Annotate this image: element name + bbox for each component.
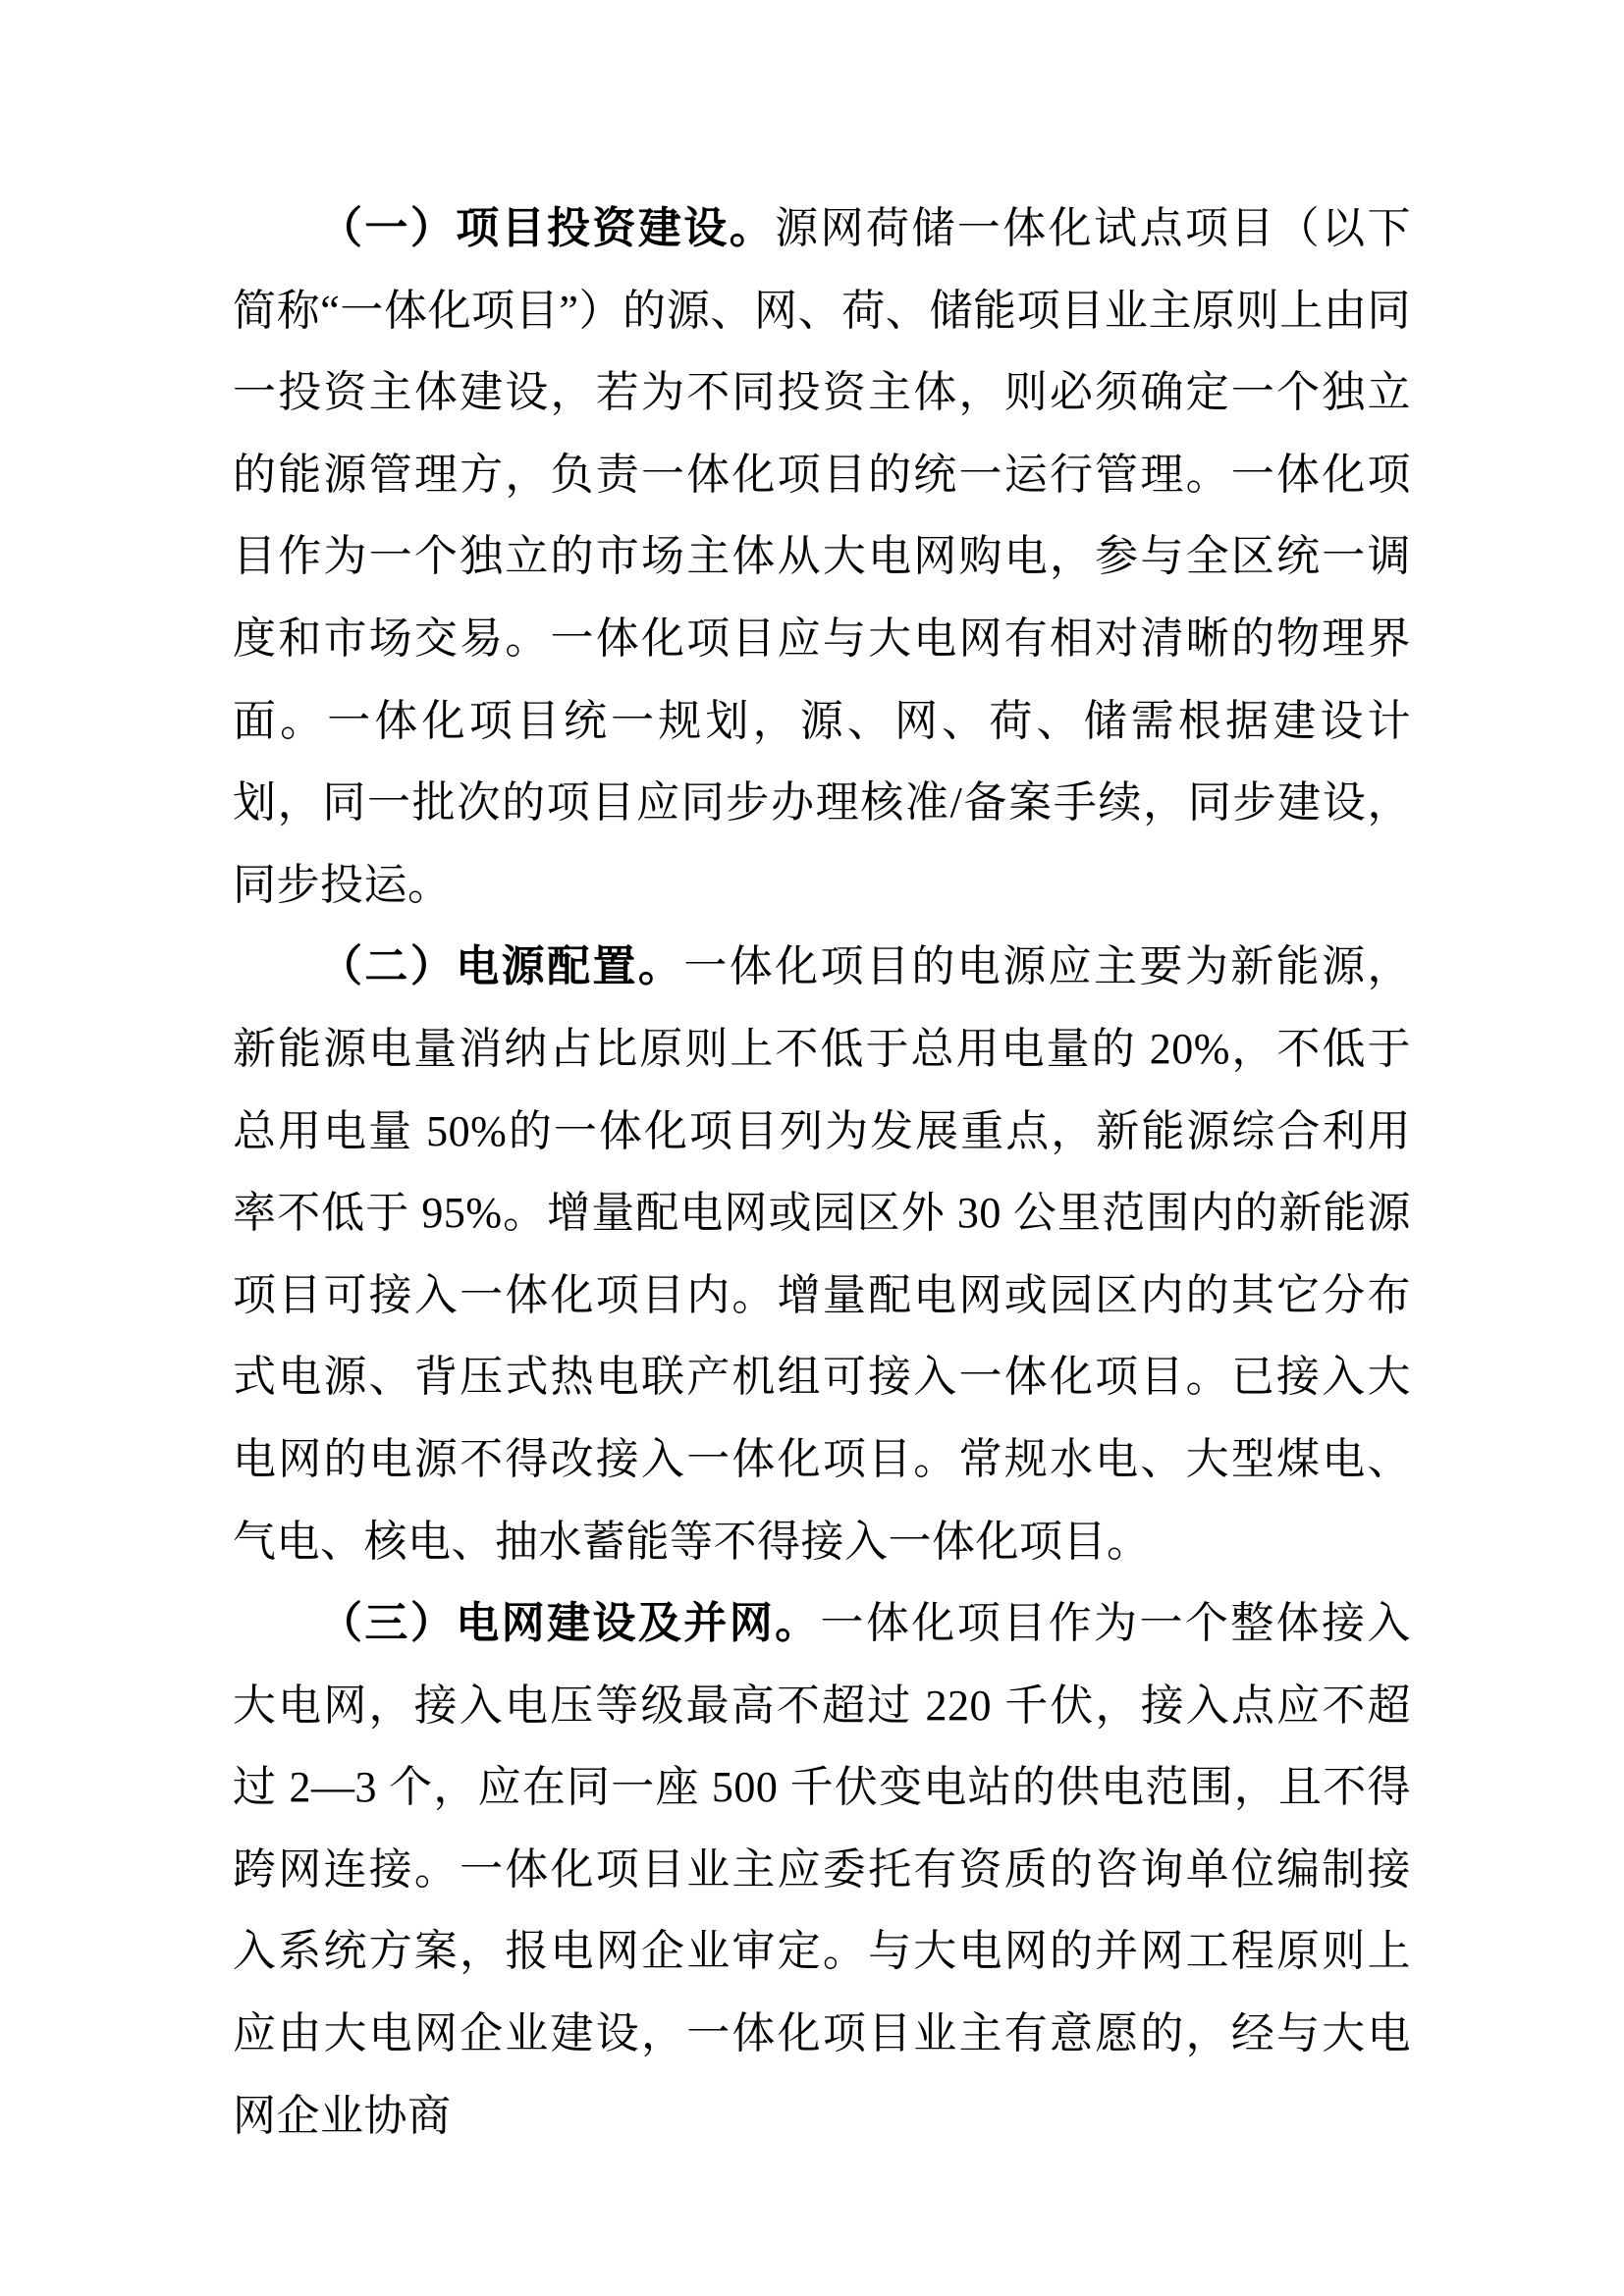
document-body: （一）项目投资建设。源网荷储一体化试点项目（以下简称“一体化项目”）的源、网、荷… [233,187,1411,2157]
document-page: （一）项目投资建设。源网荷储一体化试点项目（以下简称“一体化项目”）的源、网、荷… [0,0,1624,2296]
paragraph-body: 一体化项目作为一个整体接入大电网，接入电压等级最高不超过 220 千伏，接入点应… [233,1599,1411,2140]
paragraph-lead: （二）电源配置。 [319,942,683,990]
paragraph-lead: （三）电网建设及并网。 [319,1599,821,1647]
paragraph: （一）项目投资建设。源网荷储一体化试点项目（以下简称“一体化项目”）的源、网、荷… [233,187,1411,926]
paragraph-body: 源网荷储一体化试点项目（以下简称“一体化项目”）的源、网、荷、储能项目业主原则上… [233,204,1411,909]
paragraph-body: 一体化项目的电源应主要为新能源，新能源电量消纳占比原则上不低于总用电量的 20%… [233,942,1411,1565]
paragraph: （二）电源配置。一体化项目的电源应主要为新能源，新能源电量消纳占比原则上不低于总… [233,926,1411,1582]
paragraph-lead: （一）项目投资建设。 [319,204,775,252]
paragraph: （三）电网建设及并网。一体化项目作为一个整体接入大电网，接入电压等级最高不超过 … [233,1582,1411,2157]
